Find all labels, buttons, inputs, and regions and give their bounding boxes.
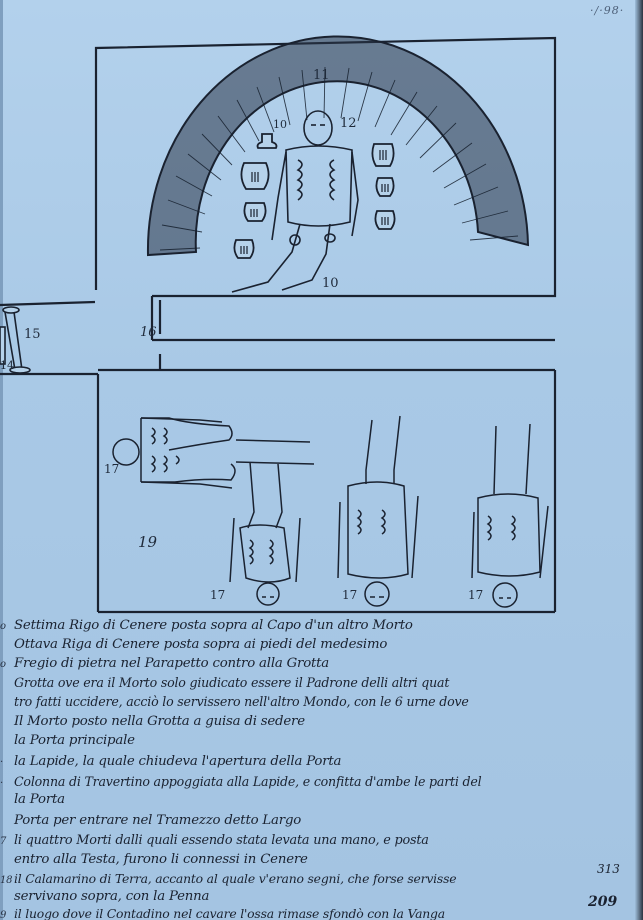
legend-line: la Porta principale (0, 733, 135, 748)
legend-line: la Porta (0, 792, 65, 807)
legend-line: entro alla Testa, furono li connessi in … (0, 852, 308, 867)
legend-line: tro fatti uccidere, acciò lo servissero … (0, 694, 469, 709)
legend-line: 7li quattro Morti dalli quali essendo st… (0, 833, 429, 848)
label-column: 15 (24, 327, 41, 342)
label-small-urn: 10 (273, 118, 287, 131)
legend-line: servivano sopra, con la Penna (0, 889, 209, 904)
label-doorway: 16 (140, 325, 157, 340)
legend-line: Porta per entrare nel Tramezzo detto Lar… (0, 813, 301, 828)
label-skeleton-2: 17 (210, 588, 225, 602)
urns (234, 134, 394, 258)
label-column-base: 14 (0, 359, 14, 372)
label-skeleton-4: 17 (468, 588, 483, 602)
folio-number-lower: 209 (588, 894, 617, 910)
legend-line: Ottava Riga di Cenere posta sopra ai pie… (0, 637, 387, 652)
label-skeleton-1: 17 (104, 462, 119, 476)
legend-line: 9il luogo dove il Contadino nel cavare l… (0, 906, 445, 920)
tomb-plan-drawing (0, 0, 643, 620)
legend-line: oFregio di pietra nel Parapetto contro a… (0, 656, 329, 671)
legend-line: ·la Lapide, la quale chiudeva l'apertura… (0, 754, 341, 769)
inverted-skeletons (230, 416, 548, 607)
manuscript-page: ·/·98· (0, 0, 643, 920)
folio-number-upper: 313 (597, 862, 620, 876)
label-feet: 10 (322, 276, 339, 291)
legend-line: 18il Calamarino di Terra, accanto al qua… (0, 871, 456, 886)
label-skeleton-3: 17 (342, 588, 357, 602)
label-room: 19 (138, 533, 157, 551)
lying-skeleton (113, 418, 314, 488)
legend-line: oSettima Rigo di Cenere posta sopra al C… (0, 618, 413, 633)
legend-line: Grotta ove era il Morto solo giudicato e… (0, 675, 449, 690)
arch-vault (148, 36, 528, 255)
label-head: 12 (340, 116, 357, 131)
legend-line: Il Morto posto nella Grotta a guisa di s… (0, 714, 305, 729)
legend-line: ·Colonna di Travertino appoggiata alla L… (0, 774, 481, 789)
label-arch: 11 (313, 68, 330, 83)
seated-skeleton (232, 111, 358, 292)
